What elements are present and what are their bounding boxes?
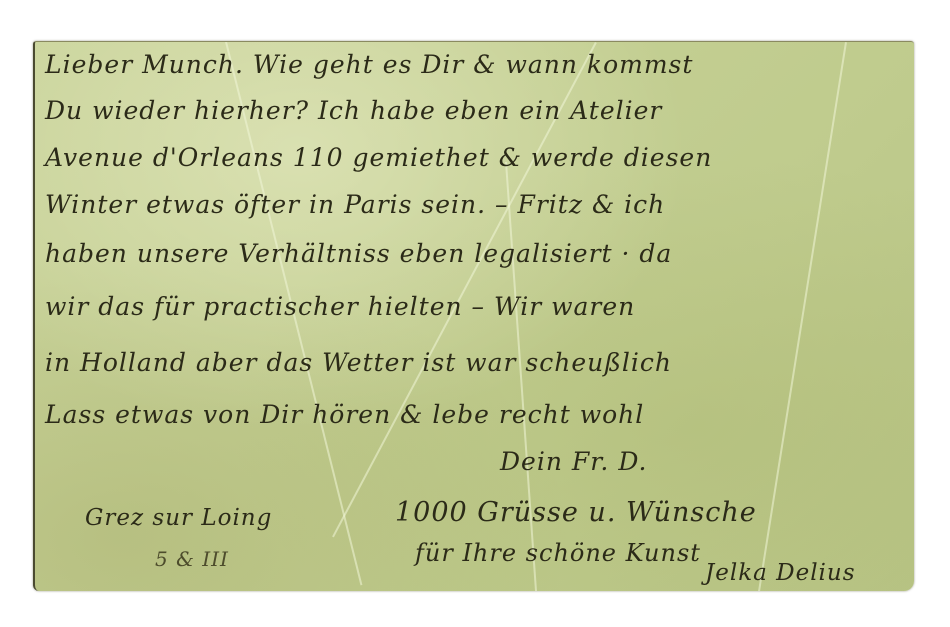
postscript-greetings: 1000 Grüsse u. Wünsche xyxy=(395,497,757,528)
paper-crease xyxy=(757,42,847,591)
place-date: Grez sur Loing xyxy=(85,505,272,531)
letter-line-3: Avenue d'Orleans 110 gemiethet & werde d… xyxy=(45,143,712,172)
letter-line-7: in Holland aber das Wetter ist war scheu… xyxy=(45,348,672,377)
letter-line-1: Lieber Munch. Wie geht es Dir & wann kom… xyxy=(45,50,693,79)
place-date-sub: 5 & III xyxy=(155,547,229,571)
letter-line-2: Du wieder hierher? Ich habe eben ein Ate… xyxy=(45,96,662,125)
signature-line: Dein Fr. D. xyxy=(500,447,647,476)
postscript-signature: Jelka Delius xyxy=(705,560,856,586)
letter-line-6: wir das für practischer hielten – Wir wa… xyxy=(45,292,635,321)
letter-line-8: Lass etwas von Dir hören & lebe recht wo… xyxy=(45,400,644,429)
letter-line-5: haben unsere Verhältniss eben legalisier… xyxy=(45,239,672,268)
letter-line-4: Winter etwas öfter in Paris sein. – Frit… xyxy=(45,190,665,219)
postcard: Lieber Munch. Wie geht es Dir & wann kom… xyxy=(33,41,914,591)
postscript-art: für Ihre schöne Kunst xyxy=(415,539,701,567)
